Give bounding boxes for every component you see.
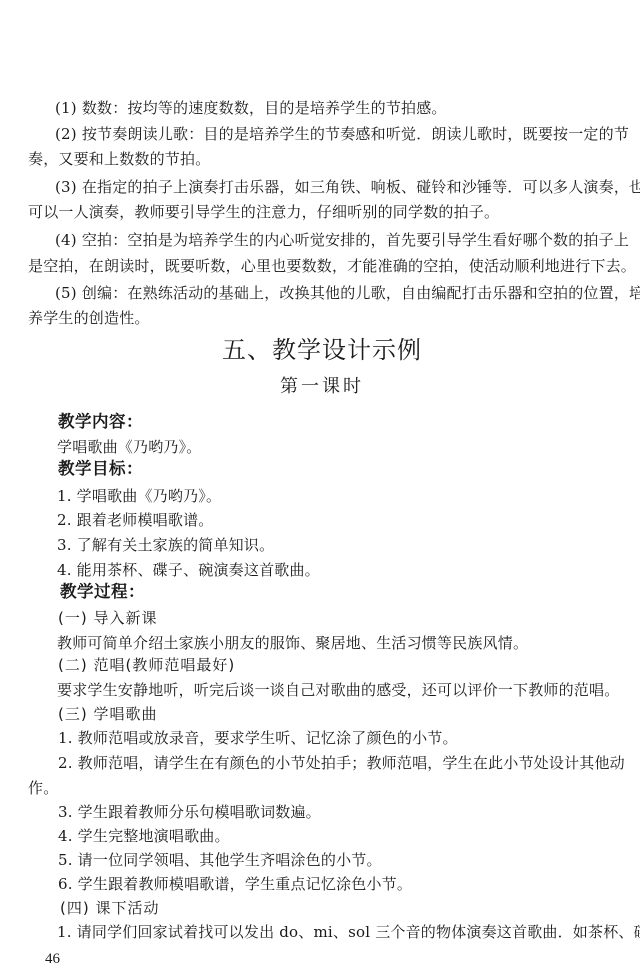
content-heading: 教学内容： [58,413,143,431]
objective-item: 3. 了解有关土家族的简单知识。 [57,536,274,554]
process-part-3-item: 3. 学生跟着教师分乐句模唱歌词数遍。 [58,803,321,821]
paragraph-line: (2) 按节奏朗读儿歌：目的是培养学生的节奏感和听觉．朗读儿歌时，既要按一定的节 [55,125,610,143]
process-heading: 教学过程： [60,583,145,601]
process-part-4-text: 1. 请同学们回家试着找可以发出 do、mi、sol 三个音的物体演奏这首歌曲．… [57,923,612,941]
paragraph-line: 是空拍，在朗读时，既要听数，心里也要数数，才能准确的空拍，使活动顺利地进行下去。 [28,257,636,275]
paragraph-line: (4) 空拍：空拍是为培养学生的内心听觉安排的，首先要引导学生看好哪个数的拍子上 [55,231,610,249]
process-part-3-item: 4. 学生完整地演唱歌曲。 [58,827,230,845]
process-part-3-item-cont: 作。 [28,779,58,797]
process-part-3-item: 2. 教师范唱，请学生在有颜色的小节处拍手；教师范唱，学生在此小节处设计其他动 [58,754,610,772]
objectives-heading: 教学目标： [58,460,143,478]
process-part-3-item: 1. 教师范唱或放录音，要求学生听、记忆涂了颜色的小节。 [58,729,458,747]
process-part-2-heading: (二) 范唱(教师范唱最好) [58,656,235,674]
process-part-2-text: 要求学生安静地听，听完后谈一谈自己对歌曲的感受，还可以评价一下教师的范唱。 [57,681,619,699]
page-number: 46 [45,951,60,968]
section-subtitle: 第一课时 [0,376,640,398]
objective-item: 4. 能用茶杯、碟子、碗演奏这首歌曲。 [57,561,320,579]
process-part-4-heading: (四) 课下活动 [60,899,159,917]
paragraph-line: 奏，又要和上数数的节拍。 [28,150,210,168]
process-part-3-item: 6. 学生跟着教师模唱歌谱，学生重点记忆涂色小节。 [58,875,412,893]
process-part-3-item: 5. 请一位同学领唱、其他学生齐唱涂色的小节。 [58,851,382,869]
paragraph-line: (3) 在指定的拍子上演奏打击乐器，如三角铁、响板、碰铃和沙锤等．可以多人演奏，… [55,178,610,196]
section-title: 五、教学设计示例 [0,336,640,364]
paragraph-line: 可以一人演奏，教师要引导学生的注意力，仔细听别的同学数的拍子。 [28,203,499,221]
process-part-1-heading: (一) 导入新课 [58,609,157,627]
process-part-3-heading: (三) 学唱歌曲 [58,705,157,723]
paragraph-line: 养学生的创造性。 [28,309,150,327]
paragraph-line: (1) 数数：按均等的速度数数，目的是培养学生的节拍感。 [55,99,447,117]
content-text: 学唱歌曲《乃哟乃》。 [57,438,202,456]
objective-item: 1. 学唱歌曲《乃哟乃》。 [57,487,221,505]
objective-item: 2. 跟着老师模唱歌谱。 [57,511,213,529]
paragraph-line: (5) 创编：在熟练活动的基础上，改换其他的儿歌，自由编配打击乐器和空拍的位置，… [55,284,610,302]
process-part-1-text: 教师可简单介绍土家族小朋友的服饰、聚居地、生活习惯等民族风情。 [57,634,528,652]
